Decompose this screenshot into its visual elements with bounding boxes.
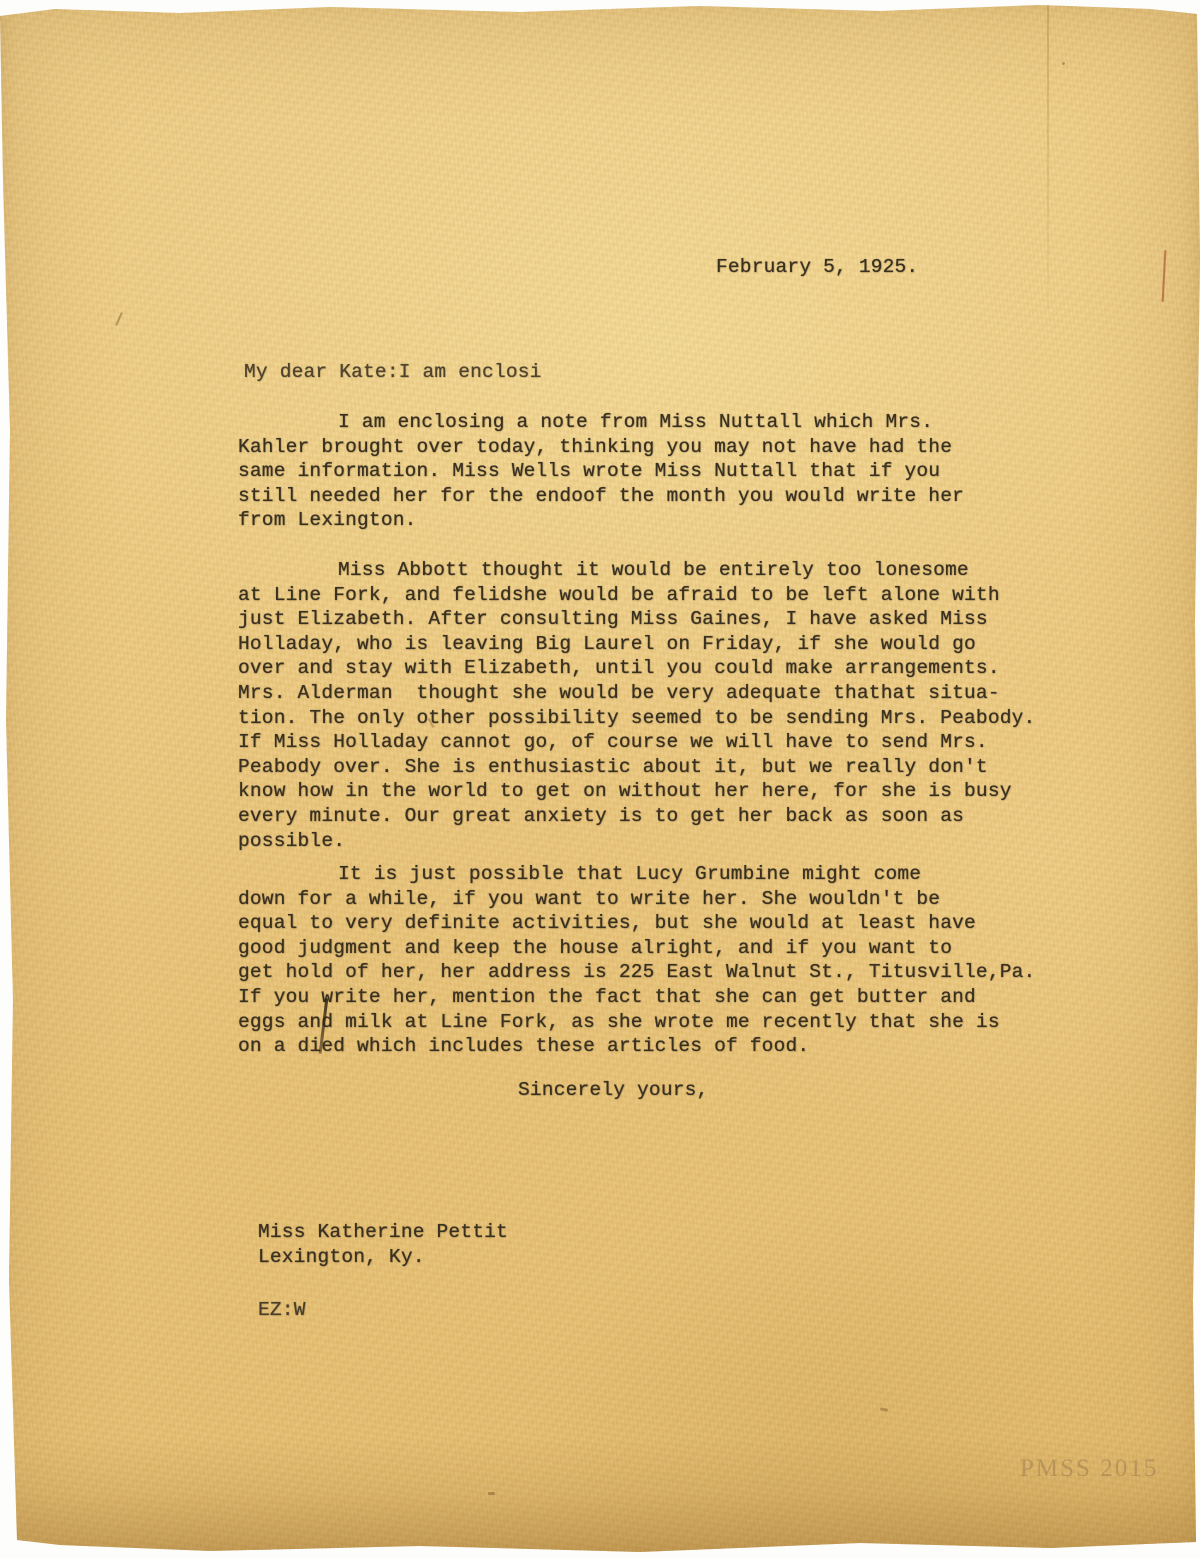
letter-paragraph-3: It is just possible that Lucy Grumbine m… <box>238 862 1088 1059</box>
paper-crease <box>1047 0 1049 310</box>
aged-paper-sheet: February 5, 1925. My dear Kate:I am encl… <box>0 0 1200 1558</box>
paper-fiber-mark <box>115 312 123 326</box>
paper-fiber-mark <box>880 1407 888 1412</box>
letter-paragraph-2: Miss Abbott thought it would be entirely… <box>238 558 1088 853</box>
red-fiber-mark <box>1162 250 1167 302</box>
letter-paragraph-1: I am enclosing a note from Miss Nuttall … <box>238 410 1088 533</box>
recipient-address: Miss Katherine Pettit Lexington, Ky. <box>258 1220 508 1269</box>
typist-initials: EZ:W <box>258 1298 306 1323</box>
paper-fiber-mark <box>1062 62 1065 65</box>
salutation-false-start: My dear Kate:I am enclosi <box>244 360 542 385</box>
closing-salutation: Sincerely yours, <box>518 1078 708 1103</box>
scanned-letter-page: February 5, 1925. My dear Kate:I am encl… <box>0 0 1200 1558</box>
paper-fiber-mark <box>488 1492 495 1495</box>
archive-watermark: PMSS 2015 <box>1020 1455 1158 1483</box>
letter-date: February 5, 1925. <box>716 255 918 280</box>
